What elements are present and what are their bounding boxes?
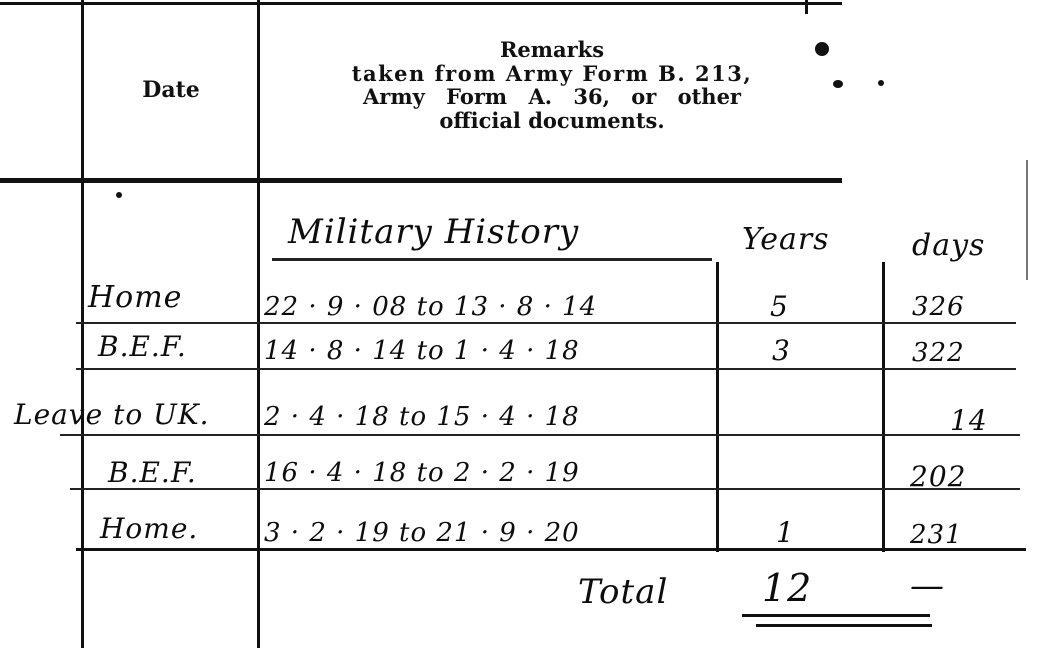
row-days: 322 <box>912 338 965 368</box>
row-line <box>60 434 1020 436</box>
military-history-title: Military History <box>288 212 579 252</box>
row-place: Home. <box>100 512 198 545</box>
row-days: 231 <box>910 520 963 550</box>
row-line <box>76 368 1016 370</box>
row-years: 5 <box>770 290 789 323</box>
years-column-label: Years <box>742 222 830 257</box>
row-line <box>70 488 1020 490</box>
total-days: — <box>910 566 945 606</box>
row-days: 14 <box>950 404 988 437</box>
row-place: B.E.F. <box>98 330 187 363</box>
total-double-underline-1 <box>742 614 930 617</box>
row-place: Leave to UK. <box>14 398 210 431</box>
days-column-left-line <box>882 262 885 552</box>
row-line <box>76 322 1016 324</box>
row-place: Home <box>88 280 182 315</box>
row-days: 202 <box>910 460 966 493</box>
right-edge-mark <box>805 0 808 14</box>
total-label: Total <box>578 572 668 612</box>
row-period: 2 · 4 · 18 to 15 · 4 · 18 <box>264 402 580 432</box>
ink-blot <box>815 42 829 56</box>
total-double-underline-2 <box>756 624 932 627</box>
remarks-line-3: official documents. <box>262 109 842 133</box>
row-period: 16 · 4 · 18 to 2 · 2 · 19 <box>264 458 580 488</box>
days-column-label: days <box>912 228 985 263</box>
row-days: 326 <box>912 292 965 322</box>
remarks-line-2: Army Form A. 36, or other <box>262 85 842 109</box>
header-bottom-line <box>0 178 842 183</box>
remarks-line-1: taken from Army Form B. 213, <box>262 62 842 86</box>
row-period: 3 · 2 · 19 to 21 · 9 · 20 <box>264 518 580 548</box>
ink-dot <box>116 192 122 198</box>
date-column-header: Date <box>84 78 258 103</box>
top-border-line <box>0 2 842 5</box>
ink-blot <box>833 80 843 88</box>
total-years: 12 <box>762 566 812 610</box>
remarks-title: Remarks <box>262 38 842 62</box>
title-underline <box>272 258 712 261</box>
row-period: 22 · 9 · 08 to 13 · 8 · 14 <box>264 292 597 322</box>
row-line-last <box>76 548 1026 551</box>
row-years: 3 <box>772 334 791 367</box>
remarks-column-header: Remarks taken from Army Form B. 213, Arm… <box>262 38 842 132</box>
ink-blot <box>878 80 884 86</box>
years-column-left-line <box>716 262 719 552</box>
row-period: 14 · 8 · 14 to 1 · 4 · 18 <box>264 336 580 366</box>
row-years: 1 <box>776 516 795 549</box>
row-place: B.E.F. <box>108 456 197 489</box>
right-margin-fold <box>1026 160 1028 280</box>
